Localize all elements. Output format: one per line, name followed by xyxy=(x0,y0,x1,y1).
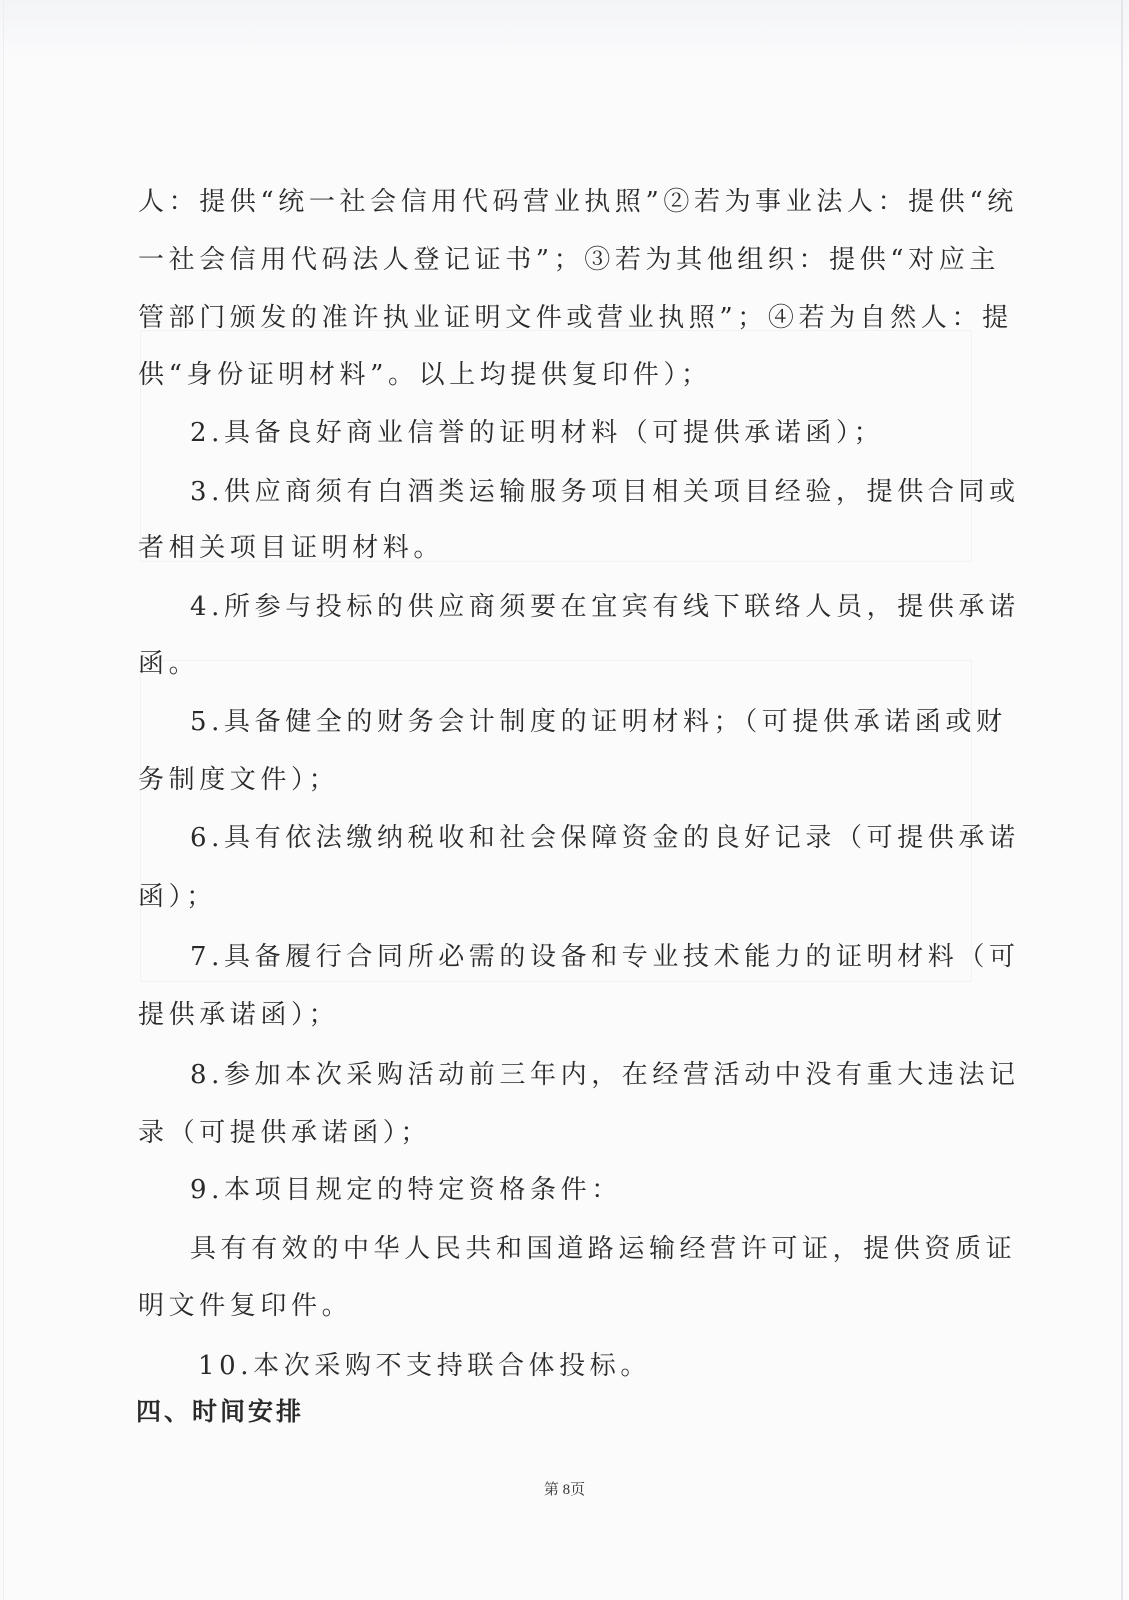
page-number: 第 8页 xyxy=(0,1478,1129,1499)
list-item-5-continued: 务制度文件）； xyxy=(138,763,339,797)
scan-edge-right xyxy=(1121,0,1123,1600)
list-item-6-continued: 函）； xyxy=(138,880,217,914)
paragraph-line: 供“身份证明材料”。以上均提供复印件）； xyxy=(138,358,712,392)
paragraph-line: 一社会信用代码法人登记证书”；③若为其他组织：提供“对应主 xyxy=(138,243,1000,277)
paragraph-line: 管部门颁发的准许执业证明文件或营业执照”；④若为自然人：提 xyxy=(138,301,1013,335)
list-item-7-continued: 提供承诺函）； xyxy=(138,998,339,1032)
paragraph-line: 人：提供“统一社会信用代码营业执照”②若为事业法人：提供“统 xyxy=(138,185,1018,219)
list-item-10: 10.本次采购不支持联合体投标。 xyxy=(198,1349,651,1383)
list-item-3: 3.供应商须有白酒类运输服务项目相关项目经验，提供合同或 xyxy=(190,475,1020,509)
section-heading: 四、时间安排 xyxy=(136,1395,304,1429)
list-item-9-detail-continued: 明文件复印件。 xyxy=(138,1289,352,1323)
list-item-6: 6.具有依法缴纳税收和社会保障资金的良好记录（可提供承诺 xyxy=(190,821,1020,855)
document-page: 人：提供“统一社会信用代码营业执照”②若为事业法人：提供“统 一社会信用代码法人… xyxy=(0,0,1129,1600)
list-item-9-detail: 具有有效的中华人民共和国道路运输经营许可证，提供资质证 xyxy=(190,1232,1016,1266)
list-item-8-continued: 录（可提供承诺函）； xyxy=(138,1116,431,1150)
list-item-5: 5.具备健全的财务会计制度的证明材料；（可提供承诺函或财 xyxy=(190,705,1007,739)
list-item-8: 8.参加本次采购活动前三年内，在经营活动中没有重大违法记 xyxy=(190,1058,1020,1092)
scan-edge-left xyxy=(3,0,4,1600)
list-item-7: 7.具备履行合同所必需的设备和专业技术能力的证明材料（可 xyxy=(190,940,1020,974)
list-item-4-continued: 函。 xyxy=(138,647,199,681)
list-item-2: 2.具备良好商业信誉的证明材料（可提供承诺函）； xyxy=(190,416,884,450)
list-item-9: 9.本项目规定的特定资格条件： xyxy=(190,1173,622,1207)
list-item-4: 4.所参与投标的供应商须要在宜宾有线下联络人员，提供承诺 xyxy=(190,590,1020,624)
list-item-3-continued: 者相关项目证明材料。 xyxy=(138,531,444,565)
